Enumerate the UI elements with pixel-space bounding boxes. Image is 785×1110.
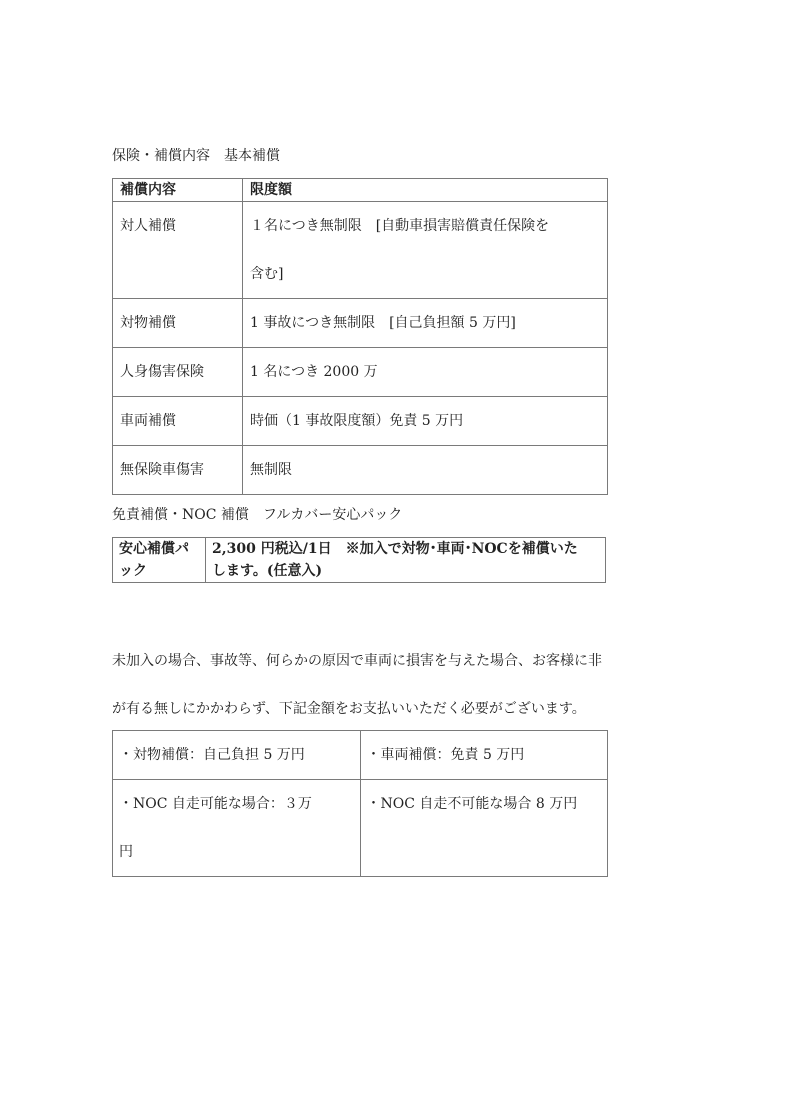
notice-line: 未加入の場合、事故等、何らかの原因で車両に損害を与えた場合、お客様に非 (112, 637, 672, 685)
section-heading-basic-coverage: 保険・補償内容 基本補償 (112, 146, 280, 166)
pack-label-line: ック (119, 560, 199, 582)
pack-value: 2,300 円税込/1日 ※加入で対物･車両･NOCを補償いた します。(任意入… (206, 538, 606, 583)
fees-table: ・対物補償：自己負担 5 万円 ・車両補償：免責 5 万円 ・NOC 自走可能な… (112, 730, 608, 877)
fee-cell: ・対物補償：自己負担 5 万円 (113, 731, 361, 780)
row-item: 車両補償 (113, 397, 243, 446)
table-row: ・NOC 自走可能な場合：３万 円 ・NOC 自走不可能な場合 8 万円 (113, 780, 608, 877)
row-item: 対人補償 (113, 202, 243, 299)
fee-cell: ・NOC 自走可能な場合：３万 円 (113, 780, 361, 877)
row-limit: 時価（1 事故限度額）免責 5 万円 (243, 397, 608, 446)
row-limit: １名につき無制限 [自動車損害賠償責任保険を 含む] (243, 202, 608, 299)
pack-value-line: 2,300 円税込/1日 ※加入で対物･車両･NOCを補償いた (212, 538, 599, 560)
table-row: 無保険車傷害 無制限 (113, 446, 608, 495)
fee-cell-line: ・NOC 自走可能な場合：３万 (119, 780, 354, 828)
table-row: ・対物補償：自己負担 5 万円 ・車両補償：免責 5 万円 (113, 731, 608, 780)
row-item: 対物補償 (113, 299, 243, 348)
notice-line: が有る無しにかかわらず、下記金額をお支払いいただく必要がございます。 (112, 685, 672, 733)
row-item: 人身傷害保険 (113, 348, 243, 397)
header-coverage-item: 補償内容 (113, 179, 243, 202)
row-limit: 1 名につき 2000 万 (243, 348, 608, 397)
fee-cell: ・車両補償：免責 5 万円 (360, 731, 608, 780)
full-cover-pack-table: 安心補償パ ック 2,300 円税込/1日 ※加入で対物･車両･NOCを補償いた… (112, 537, 606, 583)
row-limit: 無制限 (243, 446, 608, 495)
notice-paragraph: 未加入の場合、事故等、何らかの原因で車両に損害を与えた場合、お客様に非 が有る無… (112, 637, 672, 733)
pack-value-line: します。(任意入) (212, 560, 599, 582)
row-limit: 1 事故につき無制限 [自己負担額 5 万円] (243, 299, 608, 348)
table-row: 安心補償パ ック 2,300 円税込/1日 ※加入で対物･車両･NOCを補償いた… (113, 538, 606, 583)
table-row: 車両補償 時価（1 事故限度額）免責 5 万円 (113, 397, 608, 446)
fee-cell: ・NOC 自走不可能な場合 8 万円 (360, 780, 608, 877)
fee-cell-line: 円 (119, 828, 354, 876)
table-row: 対人補償 １名につき無制限 [自動車損害賠償責任保険を 含む] (113, 202, 608, 299)
table-header-row: 補償内容 限度額 (113, 179, 608, 202)
row-item: 無保険車傷害 (113, 446, 243, 495)
header-limit: 限度額 (243, 179, 608, 202)
table-row: 人身傷害保険 1 名につき 2000 万 (113, 348, 608, 397)
table-row: 対物補償 1 事故につき無制限 [自己負担額 5 万円] (113, 299, 608, 348)
pack-label-line: 安心補償パ (119, 538, 199, 560)
pack-label: 安心補償パ ック (113, 538, 206, 583)
row-limit-line: １名につき無制限 [自動車損害賠償責任保険を (250, 202, 600, 250)
section-heading-full-cover-pack: 免責補償・NOC 補償 フルカバー安心パック (112, 505, 402, 525)
basic-coverage-table: 補償内容 限度額 対人補償 １名につき無制限 [自動車損害賠償責任保険を 含む]… (112, 178, 608, 495)
row-limit-line: 含む] (250, 250, 600, 298)
